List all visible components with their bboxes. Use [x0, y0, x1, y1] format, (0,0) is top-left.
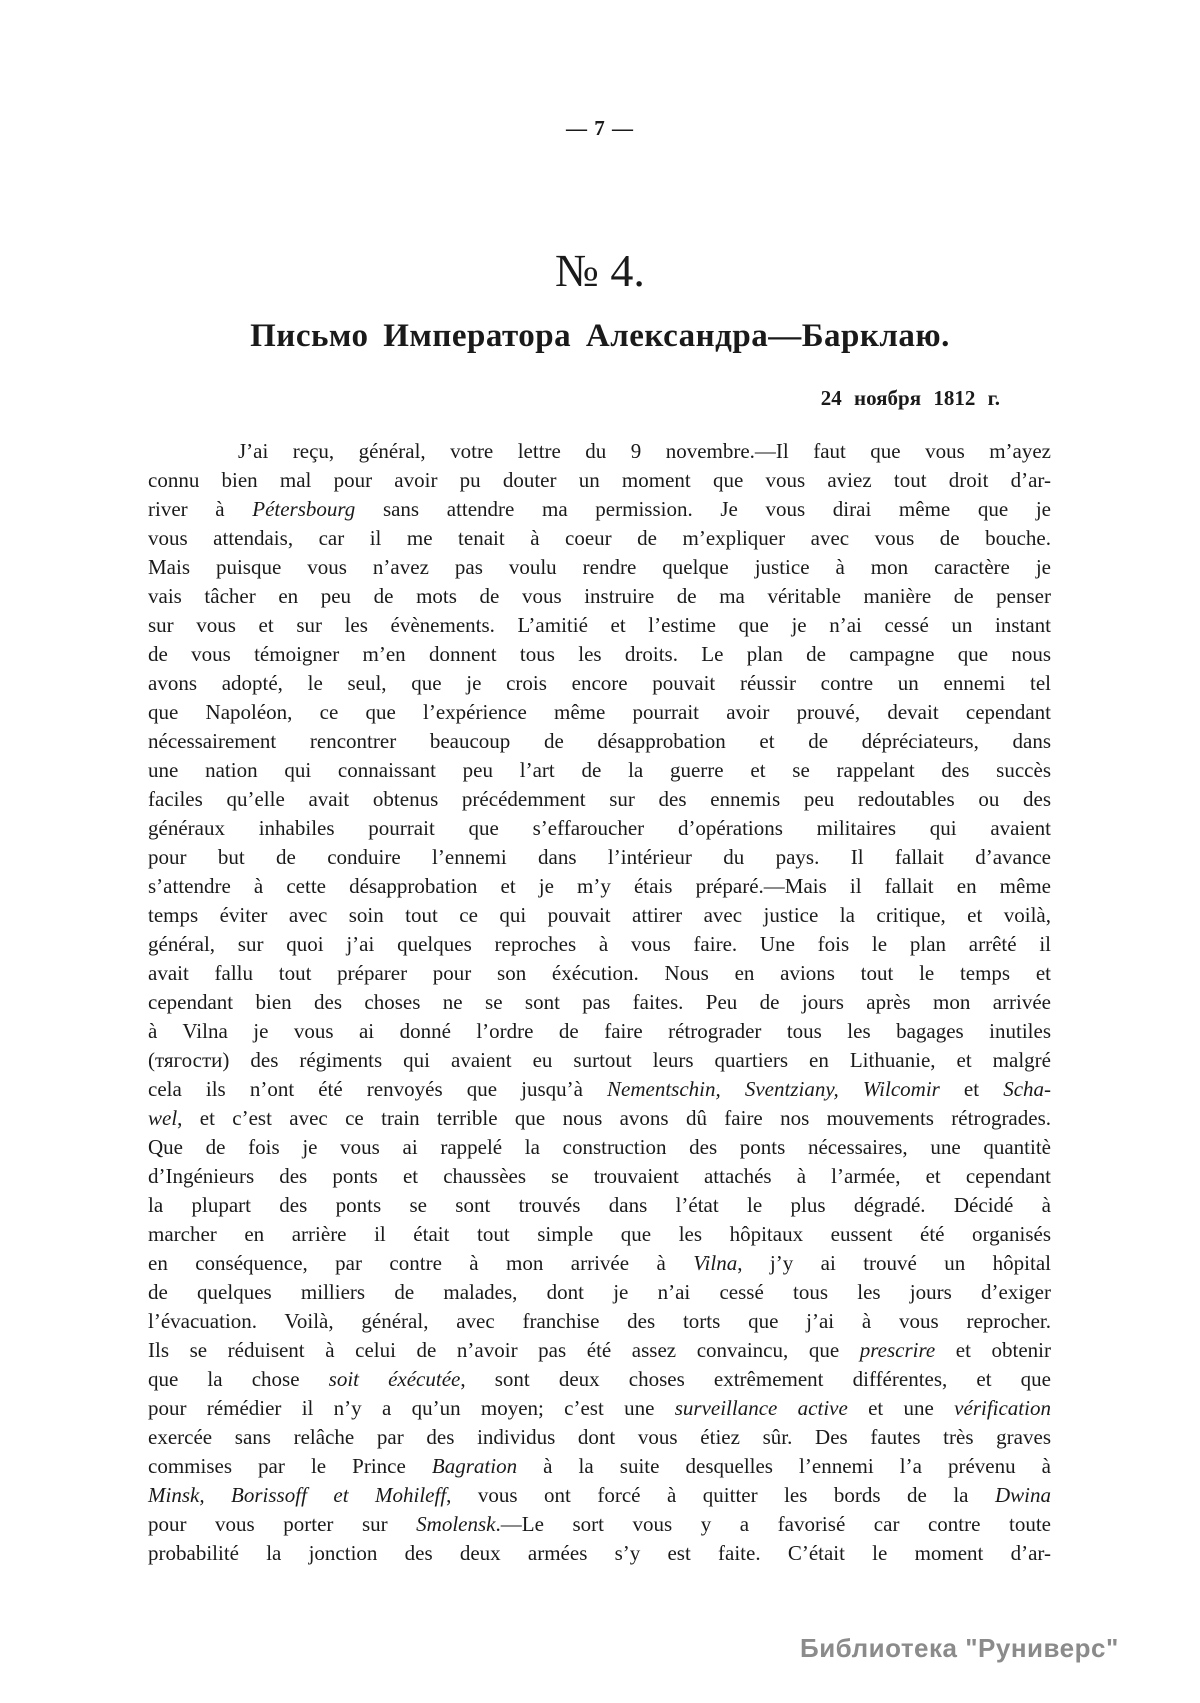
letter-line: Ils se réduisent à celui de n’avoir pas … [148, 1336, 1051, 1365]
italic-text-run: Bagration [432, 1454, 517, 1478]
letter-line: faciles qu’elle avait obtenus précédemme… [148, 785, 1051, 814]
italic-text-run: Nementschin, Sventziany, Wilcomir [607, 1077, 940, 1101]
text-run: Mais puisque vous n’avez pas voulu rendr… [148, 555, 1051, 579]
letter-line: Mais puisque vous n’avez pas voulu rendr… [148, 553, 1051, 582]
text-run: nécessairement rencontrer beaucoup de dé… [148, 729, 1051, 753]
text-run: à la suite desquelles l’ennemi l’a préve… [517, 1454, 1051, 1478]
text-run: commises par le Prince [148, 1454, 432, 1478]
text-run: cependant bien des choses ne se sont pas… [148, 990, 1051, 1014]
text-run: avait fallu tout préparer pour son éxécu… [148, 961, 1051, 985]
text-run: de quelques milliers de malades, dont je… [148, 1280, 1051, 1304]
letter-line: J’ai reçu, général, votre lettre du 9 no… [148, 437, 1051, 466]
text-run: l’évacuation. Voilà, général, avec franc… [148, 1309, 1051, 1333]
letter-date: 24 ноября 1812 г. [821, 386, 1000, 411]
letter-title: Письмо Императора Александра—Барклаю. [0, 318, 1200, 355]
text-run: J’ai reçu, général, votre lettre du 9 no… [238, 439, 1051, 463]
letter-line: pour vous porter sur Smolensk.—Le sort v… [148, 1510, 1051, 1539]
text-run: pour but de conduire l’ennemi dans l’int… [148, 845, 1051, 869]
letter-line: de vous témoigner m’en donnent tous les … [148, 640, 1051, 669]
letter-line: avait fallu tout préparer pour son éxécu… [148, 959, 1051, 988]
letter-line: river à Pétersbourg sans attendre ma per… [148, 495, 1051, 524]
text-run: , vous ont forcé à quitter les bords de … [446, 1483, 995, 1507]
letter-line: Minsk, Borissoff et Mohileff, vous ont f… [148, 1481, 1051, 1510]
doc-number: № 4. [0, 244, 1200, 297]
italic-text-run: Minsk, Borissoff et Mohileff [148, 1483, 446, 1507]
italic-text-run: Dwina [995, 1483, 1051, 1507]
letter-line: exercée sans relâche par des individus d… [148, 1423, 1051, 1452]
letter-line: connu bien mal pour avoir pu douter un m… [148, 466, 1051, 495]
letter-line: nécessairement rencontrer beaucoup de dé… [148, 727, 1051, 756]
letter-line: (тягости) des régiments qui avaient eu s… [148, 1046, 1051, 1075]
text-run: et obtenir [935, 1338, 1051, 1362]
letter-line: l’évacuation. Voilà, général, avec franc… [148, 1307, 1051, 1336]
letter-line: pour rémédier il n’y a qu’un moyen; c’es… [148, 1394, 1051, 1423]
letter-line: que Napoléon, ce que l’expérience même p… [148, 698, 1051, 727]
text-run: river à [148, 497, 252, 521]
letter-line: pour but de conduire l’ennemi dans l’int… [148, 843, 1051, 872]
text-run: d’Ingénieurs des ponts et chaussèes se t… [148, 1164, 1051, 1188]
italic-text-run: Smolensk [416, 1512, 495, 1536]
letter-line: cela ils n’ont été renvoyés que jusqu’à … [148, 1075, 1051, 1104]
letter-line: en conséquence, par contre à mon arrivée… [148, 1249, 1051, 1278]
italic-text-run: vérification [954, 1396, 1051, 1420]
page-number: — 7 — [0, 116, 1200, 141]
letter-line: une nation qui connaissant peu l’art de … [148, 756, 1051, 785]
text-run: exercée sans relâche par des individus d… [148, 1425, 1051, 1449]
text-run: que la chose [148, 1367, 329, 1391]
letter-line: sur vous et sur les évènements. L’amitié… [148, 611, 1051, 640]
text-run: vais tâcher en peu de mots de vous instr… [148, 584, 1051, 608]
text-run: une nation qui connaissant peu l’art de … [148, 758, 1051, 782]
letter-line: cependant bien des choses ne se sont pas… [148, 988, 1051, 1017]
italic-text-run: surveillance active [675, 1396, 848, 1420]
letter-line: temps éviter avec soin tout ce qui pouva… [148, 901, 1051, 930]
scanned-page: — 7 — № 4. Письмо Императора Александра—… [0, 0, 1200, 1703]
text-run: avons adopté, le seul, que je crois enco… [148, 671, 1051, 695]
text-run: sans attendre ma permission. Je vous dir… [355, 497, 1051, 521]
text-run: que Napoléon, ce que l’expérience même p… [148, 700, 1051, 724]
text-run: général, sur quoi j’ai quelques reproche… [148, 932, 1051, 956]
letter-line: marcher en arrière il était tout simple … [148, 1220, 1051, 1249]
text-run: faciles qu’elle avait obtenus précédemme… [148, 787, 1051, 811]
letter-line: généraux inhabiles pourrait que s’effaro… [148, 814, 1051, 843]
text-run: pour rémédier il n’y a qu’un moyen; c’es… [148, 1396, 675, 1420]
text-run: vous attendais, car il me tenait à coeur… [148, 526, 1051, 550]
text-run: , et c’est avec ce train terrible que no… [177, 1106, 1051, 1130]
italic-text-run: wel [148, 1106, 177, 1130]
text-run: connu bien mal pour avoir pu douter un m… [148, 468, 1051, 492]
letter-body: J’ai reçu, général, votre lettre du 9 no… [148, 437, 1051, 1568]
text-run: et une [848, 1396, 954, 1420]
letter-line: la plupart des ponts se sont trouvés dan… [148, 1191, 1051, 1220]
text-run: s’attendre à cette désapprobation et je … [148, 874, 1051, 898]
letter-line: s’attendre à cette désapprobation et je … [148, 872, 1051, 901]
letter-line: de quelques milliers de malades, dont je… [148, 1278, 1051, 1307]
text-run: (тягости) des régiments qui avaient eu s… [148, 1048, 1051, 1072]
letter-line: wel, et c’est avec ce train terrible que… [148, 1104, 1051, 1133]
text-run: temps éviter avec soin tout ce qui pouva… [148, 903, 1051, 927]
letter-line: commises par le Prince Bagration à la su… [148, 1452, 1051, 1481]
letter-line: que la chose soit éxécutée, sont deux ch… [148, 1365, 1051, 1394]
letter-line: à Vilna je vous ai donné l’ordre de fair… [148, 1017, 1051, 1046]
text-run: probabilité la jonction des deux armées … [148, 1541, 1051, 1565]
italic-text-run: Pétersbourg [252, 497, 355, 521]
letter-line: Que de fois je vous ai rappelé la constr… [148, 1133, 1051, 1162]
text-run: en conséquence, par contre à mon arrivée… [148, 1251, 693, 1275]
letter-line: d’Ingénieurs des ponts et chaussèes se t… [148, 1162, 1051, 1191]
letter-line: probabilité la jonction des deux armées … [148, 1539, 1051, 1568]
text-run: généraux inhabiles pourrait que s’effaro… [148, 816, 1051, 840]
text-run: à Vilna je vous ai donné l’ordre de fair… [148, 1019, 1051, 1043]
text-run: la plupart des ponts se sont trouvés dan… [148, 1193, 1051, 1217]
text-run: Ils se réduisent à celui de n’avoir pas … [148, 1338, 860, 1362]
italic-text-run: Vilna [693, 1251, 737, 1275]
text-run: pour vous porter sur [148, 1512, 416, 1536]
italic-text-run: prescrire [860, 1338, 935, 1362]
italic-text-run: Scha- [1003, 1077, 1051, 1101]
text-run: .—Le sort vous y a favorisé car contre t… [496, 1512, 1052, 1536]
text-run: , sont deux choses extrêmement différent… [460, 1367, 1051, 1391]
text-run: sur vous et sur les évènements. L’amitié… [148, 613, 1051, 637]
text-run: , j’y ai trouvé un hôpital [737, 1251, 1051, 1275]
letter-line: avons adopté, le seul, que je crois enco… [148, 669, 1051, 698]
text-run: marcher en arrière il était tout simple … [148, 1222, 1051, 1246]
letter-line: général, sur quoi j’ai quelques reproche… [148, 930, 1051, 959]
letter-line: vous attendais, car il me tenait à coeur… [148, 524, 1051, 553]
text-run: et [940, 1077, 1003, 1101]
library-watermark: Библиотека "Руниверс" [800, 1633, 1119, 1664]
italic-text-run: soit éxécutée [329, 1367, 461, 1391]
letter-line: vais tâcher en peu de mots de vous instr… [148, 582, 1051, 611]
text-run: de vous témoigner m’en donnent tous les … [148, 642, 1051, 666]
text-run: Que de fois je vous ai rappelé la constr… [148, 1135, 1051, 1159]
text-run: cela ils n’ont été renvoyés que jusqu’à [148, 1077, 607, 1101]
